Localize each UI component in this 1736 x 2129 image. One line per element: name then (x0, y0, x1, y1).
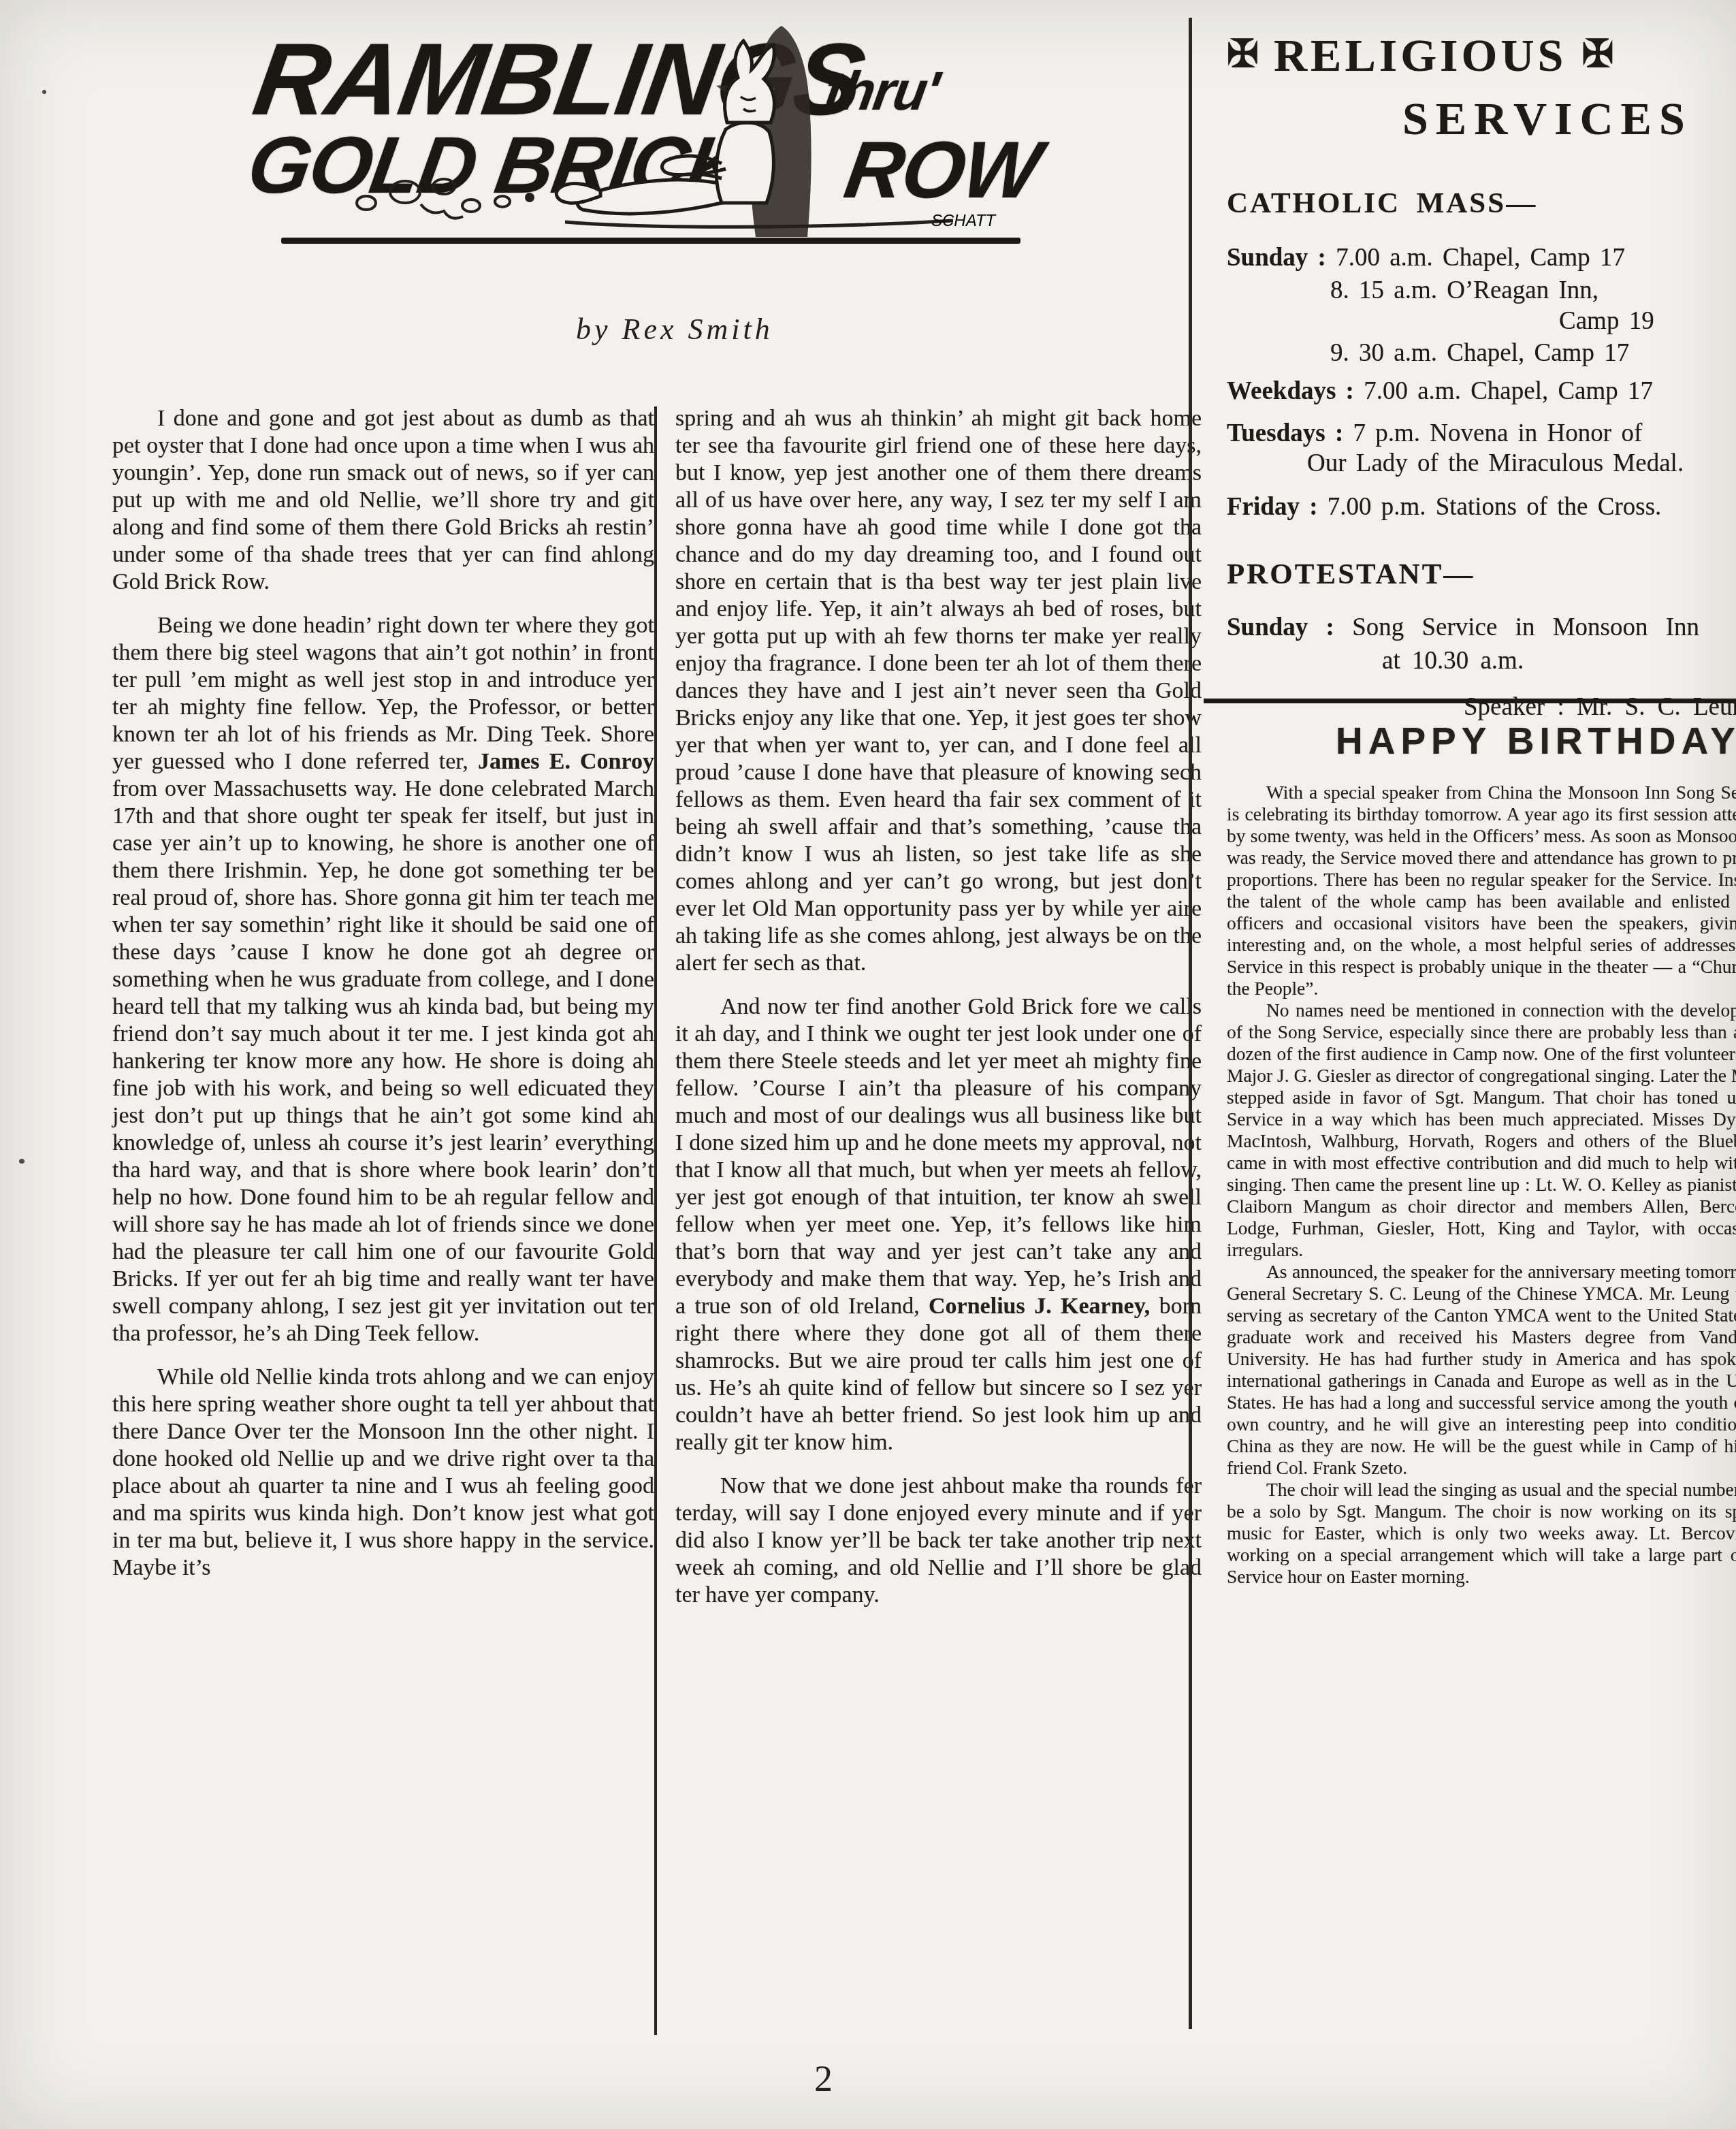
newspaper-page-scan: RAMBLINGS thru' GOLD BRICK ROW (0, 0, 1736, 2129)
happy-birthday-title: HAPPY BIRTHDAY (1336, 719, 1736, 763)
article-paragraph: With a special speaker from China the Mo… (1227, 782, 1736, 999)
section-divider-rule (1204, 699, 1736, 703)
religious-services-title-line1: ✠ RELIGIOUS ✠ (1227, 29, 1736, 82)
religious-services-title-line2: SERVICES (1402, 92, 1736, 146)
schedule-row: 8. 15 a.m. O’Reagan Inn, (1227, 277, 1736, 304)
article-paragraph: The choir will lead the singing as usual… (1227, 1479, 1736, 1588)
schedule-row: Weekdays : 7.00 a.m. Chapel, Camp 17 (1227, 378, 1736, 405)
schedule-row: 9. 30 a.m. Chapel, Camp 17 (1227, 340, 1736, 367)
happy-birthday-section: HAPPY BIRTHDAY With a special speaker fr… (1227, 719, 1736, 1588)
religious-services-section: ✠ RELIGIOUS ✠ SERVICES CATHOLIC MASS— Su… (1227, 29, 1736, 721)
schedule-row: Our Lady of the Miraculous Medal. (1227, 450, 1736, 477)
page-number: 2 (814, 2058, 833, 2100)
schedule-row: Sunday : 7.00 a.m. Chapel, Camp 17 (1227, 244, 1736, 272)
scan-speck (42, 90, 46, 94)
article-paragraph: No names need be mentioned in connection… (1227, 999, 1736, 1261)
pebbles-icon (357, 179, 533, 219)
gold-brick-article-column-2: spring and ah wus ah thinkin’ ah might g… (675, 405, 1202, 1609)
scan-speck (19, 1159, 25, 1164)
article-paragraph: Now that we done jest ahbout make tha ro… (675, 1473, 1202, 1609)
article-paragraph: And now ter find another Gold Brick fore… (675, 993, 1202, 1456)
maltese-cross-icon: ✠ (1227, 33, 1259, 76)
article-paragraph: As announced, the speaker for the annive… (1227, 1261, 1736, 1479)
schedule-row: Friday : 7.00 p.m. Stations of the Cross… (1227, 494, 1736, 521)
gold-brick-article-column-1: I done and gone and got jest about as du… (112, 405, 654, 1582)
article-paragraph: I done and gone and got jest about as du… (112, 405, 654, 596)
religious-title-text: RELIGIOUS (1274, 29, 1566, 81)
scan-speck (346, 1059, 349, 1063)
bold-name-cornelius-j-kearney: Cornelius J. Kearney, (929, 1294, 1150, 1319)
protestant-heading: PROTESTANT— (1227, 558, 1736, 591)
schedule-row: Sunday : Song Service in Monsoon Inn (1227, 614, 1736, 641)
schedule-row: Camp 19 (1227, 308, 1736, 335)
artist-signature: SCHATT (931, 212, 997, 230)
article-paragraph: spring and ah wus ah thinkin’ ah might g… (675, 405, 1202, 977)
schedule-row: Tuesdays : 7 p.m. Novena in Honor of (1227, 420, 1736, 447)
masthead-rule (281, 238, 1020, 244)
article-paragraph: Being we done headin’ right down ter whe… (112, 612, 654, 1347)
speaker-line: Speaker : Mr. S. C. Leung (1227, 694, 1736, 721)
reclining-soldier-illustration: SCHATT (340, 20, 1035, 245)
schedule-row: at 10.30 a.m. (1227, 647, 1736, 675)
soldier-figure-icon (556, 41, 774, 214)
happy-birthday-body: With a special speaker from China the Mo… (1227, 782, 1736, 1588)
article-paragraph: While old Nellie kinda trots ahlong and … (112, 1364, 654, 1582)
maltese-cross-icon: ✠ (1581, 33, 1613, 76)
byline: by Rex Smith (576, 312, 773, 347)
catholic-mass-heading: CATHOLIC MASS— (1227, 187, 1736, 220)
bold-name-james-e-conroy: James E. Conroy (478, 749, 654, 774)
column-divider-rule (654, 406, 657, 2035)
right-column-divider-rule (1189, 18, 1192, 2029)
